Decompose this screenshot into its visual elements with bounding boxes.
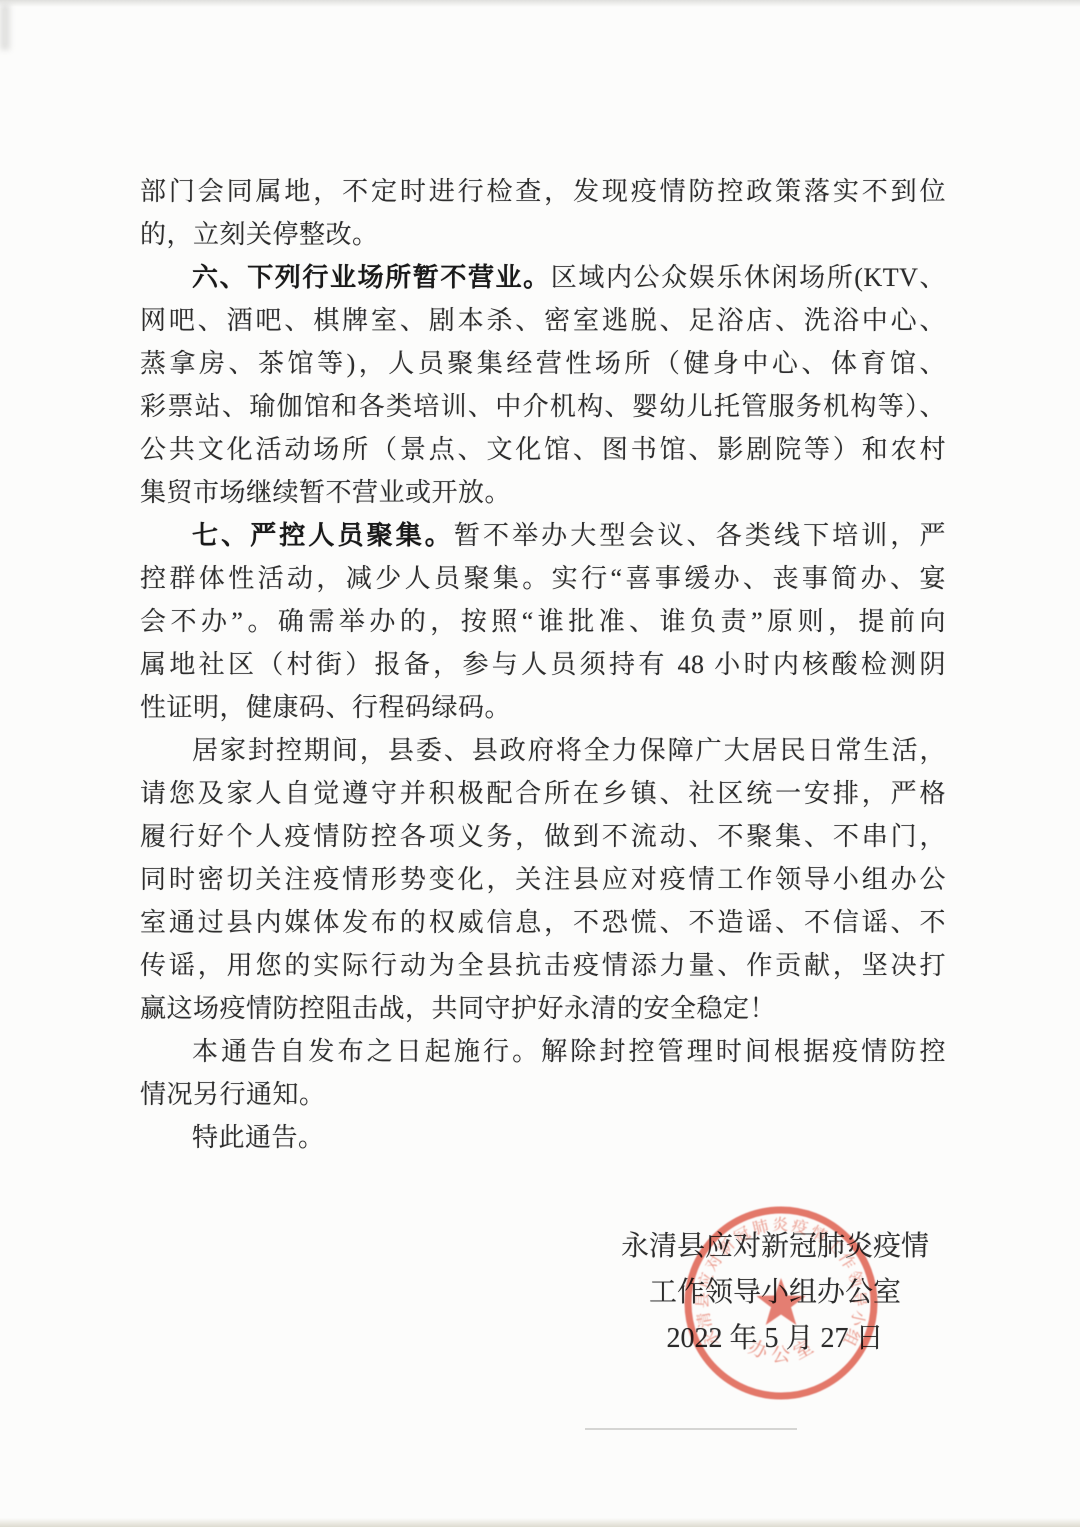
scan-artifact-line bbox=[585, 1428, 797, 1430]
text-line: 室通过县内媒体发布的权威信息，不恐慌、不造谣、不信谣、不 bbox=[140, 901, 946, 944]
scan-edge-top bbox=[0, 0, 1080, 7]
text-line: 请您及家人自觉遵守并积极配合所在乡镇、社区统一安排，严格 bbox=[140, 772, 946, 815]
text-line: 性证明，健康码、行程码绿码。 bbox=[140, 686, 946, 729]
text-line: 赢这场疫情防控阻击战，共同守护好永清的安全稳定！ bbox=[140, 987, 946, 1030]
text-run: 暂不举办大型会议、各类线下培训，严 bbox=[454, 521, 946, 550]
text-line-section-6: 六、下列行业场所暂不营业。区域内公众娱乐休闲场所(KTV、 bbox=[140, 256, 946, 299]
text-line: 履行好个人疫情防控各项义务，做到不流动、不聚集、不串门， bbox=[140, 815, 946, 858]
notice-body: 部门会同属地，不定时进行检查，发现疫情防控政策落实不到位 的，立刻关停整改。 六… bbox=[140, 170, 946, 1159]
text-line: 本通告自发布之日起施行。解除封控管理时间根据疫情防控 bbox=[140, 1030, 946, 1073]
text-line: 公共文化活动场所（景点、文化馆、图书馆、影剧院等）和农村 bbox=[140, 428, 946, 471]
scan-edge-bottom bbox=[0, 1518, 1080, 1527]
seal-star-icon bbox=[756, 1278, 805, 1325]
text-line: 网吧、酒吧、棋牌室、剧本杀、密室逃脱、足浴店、洗浴中心、 bbox=[140, 299, 946, 342]
text-line-section-7: 七、严控人员聚集。暂不举办大型会议、各类线下培训，严 bbox=[140, 514, 946, 557]
text-line: 控群体性活动，减少人员聚集。实行“喜事缓办、丧事简办、宴 bbox=[140, 557, 946, 600]
text-line: 传谣，用您的实际行动为全县抗击疫情添力量、作贡献，坚决打 bbox=[140, 944, 946, 987]
text-line: 部门会同属地，不定时进行检查，发现疫情防控政策落实不到位 bbox=[140, 170, 946, 213]
text-line: 集贸市场继续暂不营业或开放。 bbox=[140, 471, 946, 514]
scan-smudge-top-left bbox=[0, 4, 10, 50]
seal-bottom-text: 办公室 bbox=[745, 1332, 823, 1366]
text-run: 区域内公众娱乐休闲场所(KTV、 bbox=[551, 263, 946, 292]
notice-page: 部门会同属地，不定时进行检查，发现疫情防控政策落实不到位 的，立刻关停整改。 六… bbox=[0, 0, 1080, 1527]
text-line: 会不办”。确需举办的，按照“谁批准、谁负责”原则，提前向 bbox=[140, 600, 946, 643]
text-line: 的，立刻关停整改。 bbox=[140, 213, 946, 256]
text-line: 居家封控期间，县委、县政府将全力保障广大居民日常生活， bbox=[140, 729, 946, 772]
text-line: 属地社区（村街）报备，参与人员须持有 48 小时内核酸检测阴 bbox=[140, 643, 946, 686]
section-7-heading: 七、严控人员聚集。 bbox=[192, 520, 454, 550]
text-line: 彩票站、瑜伽馆和各类培训、中介机构、婴幼儿托管服务机构等）、 bbox=[140, 385, 946, 428]
text-line: 情况另行通知。 bbox=[140, 1073, 946, 1116]
official-seal: 永清县应对新冠肺炎疫情工作领导小组 办公室 bbox=[681, 1203, 881, 1403]
text-line: 特此通告。 bbox=[140, 1116, 946, 1159]
text-line: 同时密切关注疫情形势变化，关注县应对疫情工作领导小组办公 bbox=[140, 858, 946, 901]
section-6-heading: 六、下列行业场所暂不营业。 bbox=[192, 262, 551, 292]
text-line: 蒸拿房、茶馆等)，人员聚集经营性场所（健身中心、体育馆、 bbox=[140, 342, 946, 385]
